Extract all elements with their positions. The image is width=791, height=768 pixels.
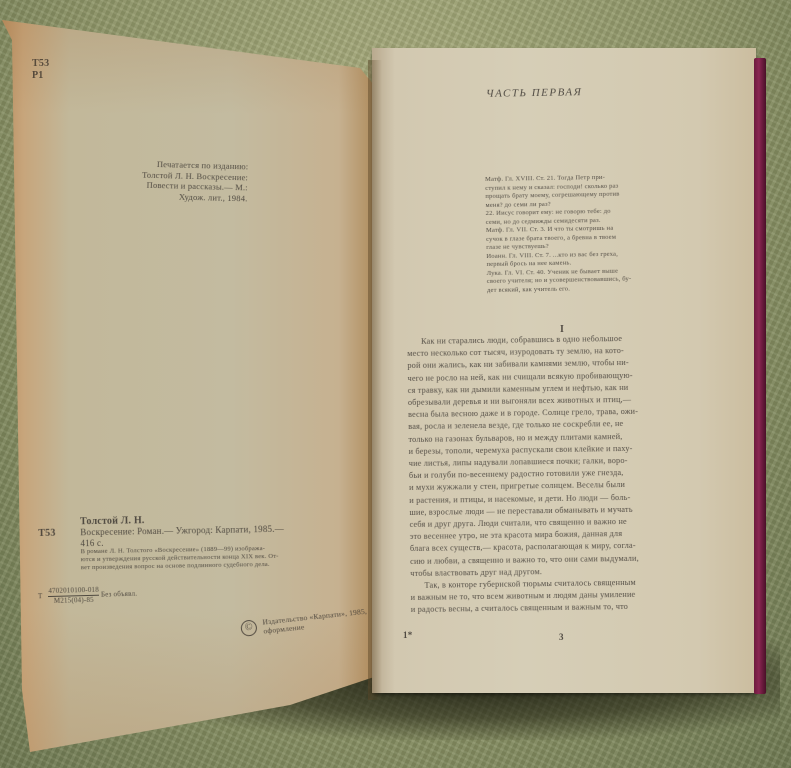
lib-code-line: Т53 bbox=[32, 58, 49, 70]
imprint-line: Толстой Л. Н. Воскресение: bbox=[142, 169, 248, 182]
part-title: ЧАСТЬ ПЕРВАЯ bbox=[486, 87, 583, 100]
chapter-body: Как ни старались люди, собравшись в одно… bbox=[407, 333, 641, 617]
book-binding bbox=[754, 58, 766, 694]
copyright-line: Издательство «Карпати», 1985, bbox=[262, 607, 367, 627]
title-line: Воскресение: Роман.— Ужгород: Карпати, 1… bbox=[80, 524, 284, 538]
imprint-line: Печатается по изданию: bbox=[142, 159, 248, 172]
left-page: Т53 Р1 Печатается по изданию: Толстой Л.… bbox=[0, 0, 385, 760]
epigraphs: Матф. Гл. XVIII. Ст. 21. Тогда Петр при-… bbox=[485, 173, 632, 295]
imprint-block: Печатается по изданию: Толстой Л. Н. Вос… bbox=[141, 159, 248, 204]
book-gutter bbox=[368, 60, 382, 700]
page-number: 3 bbox=[559, 632, 564, 643]
copyright-line: оформление bbox=[263, 616, 368, 636]
copyright-icon: © bbox=[240, 619, 258, 637]
classification-code: Т53 bbox=[38, 528, 80, 539]
bibliographic-record: Толстой Л. Н. Т53Воскресение: Роман.— Уж… bbox=[38, 514, 285, 573]
copyright-notice: © Издательство «Карпати», 1985, оформлен… bbox=[240, 607, 368, 638]
isbn-prefix: Т bbox=[38, 592, 43, 600]
author: Толстой Л. Н. bbox=[80, 514, 284, 528]
signature-mark: 1* bbox=[403, 630, 412, 641]
imprint-line: Худож. лит., 1984. bbox=[141, 190, 247, 203]
isbn-block: Т 4702010100-018 М215(04)-85 Без объявл. bbox=[38, 585, 138, 607]
library-code: Т53 Р1 bbox=[32, 58, 49, 82]
annotation-line: В романе Л. Н. Толстого «Воскресение» (1… bbox=[81, 545, 285, 557]
annotation-line: ются и утверждения русской действительно… bbox=[81, 553, 285, 565]
isbn-denominator: М215(04)-85 bbox=[48, 596, 99, 606]
isbn-fraction: 4702010100-018 М215(04)-85 bbox=[48, 586, 99, 606]
isbn-note: Без объявл. bbox=[101, 590, 137, 599]
annotation-line: вет произведения вопрос на основе подлин… bbox=[81, 561, 285, 573]
imprint-line: Повести и рассказы.— М.: bbox=[142, 180, 248, 193]
page-count: 416 с. bbox=[80, 535, 284, 549]
isbn-numerator: 4702010100-018 bbox=[48, 586, 99, 597]
lib-code-line: Р1 bbox=[32, 70, 49, 82]
